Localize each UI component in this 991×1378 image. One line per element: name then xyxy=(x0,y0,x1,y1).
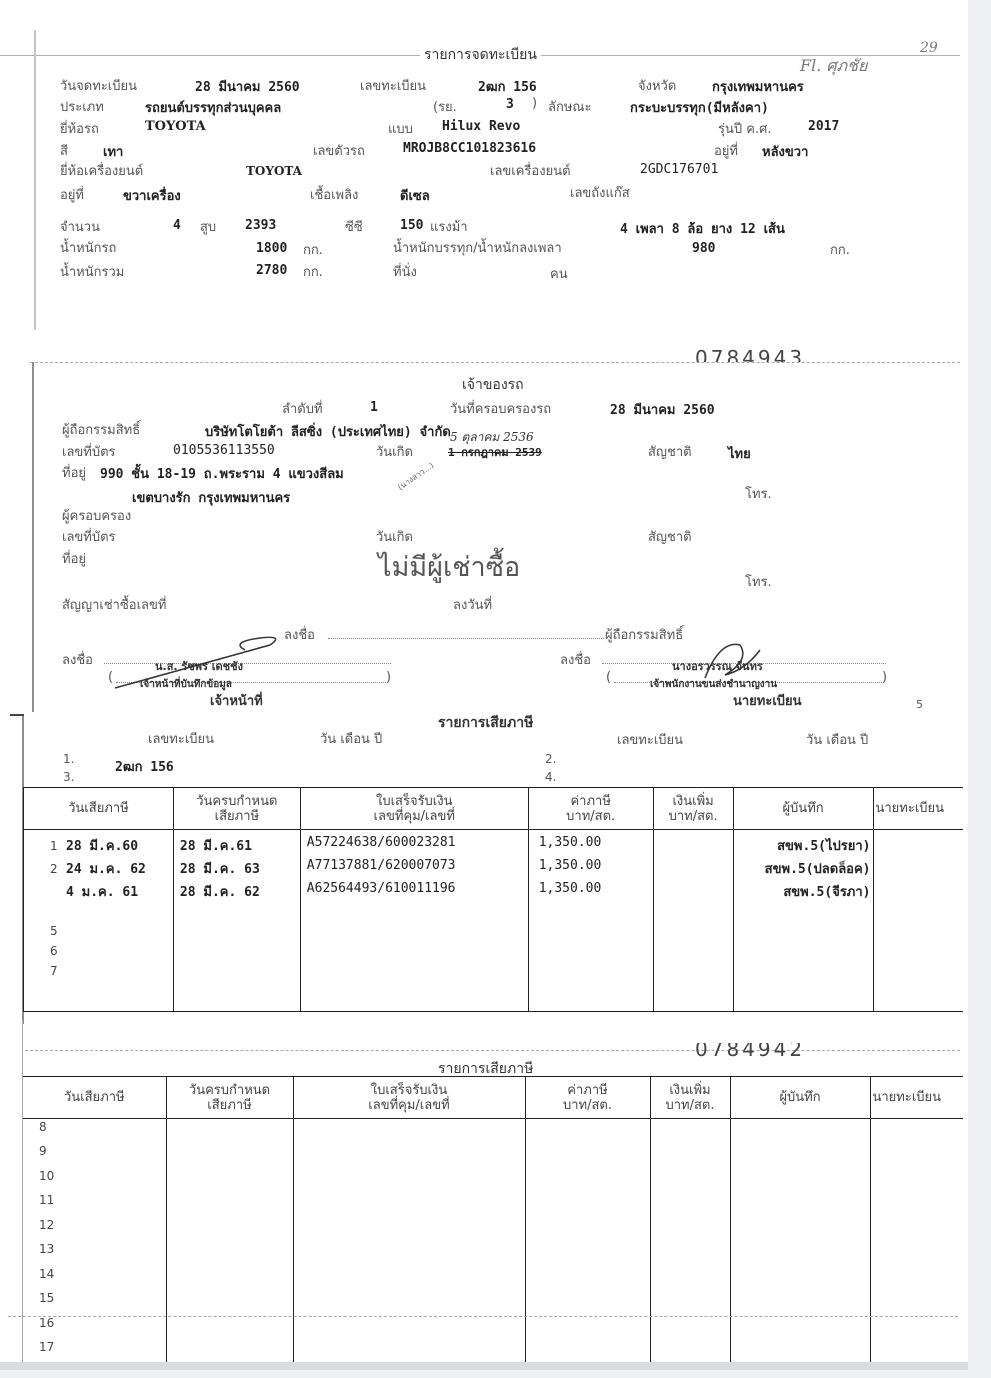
row-number: 9 xyxy=(24,1144,47,1158)
tax-table-row xyxy=(24,903,964,923)
tax-cell-paid: 4 ม.ค. 61 xyxy=(24,880,174,903)
owner-address-label: ที่อยู่ xyxy=(62,462,86,483)
owner-id-label: เลขที่บัตร xyxy=(62,441,116,462)
tax-2-empty-cell xyxy=(730,1266,870,1291)
color-label: สี xyxy=(60,140,68,161)
style-label: ลักษณะ xyxy=(548,96,591,117)
tax-date-header-right: วัน เดือน ปี xyxy=(806,729,868,750)
tax-2-empty-cell xyxy=(870,1315,963,1340)
engine-brand-value: TOYOTA xyxy=(246,164,302,178)
tax-2-empty-cell xyxy=(166,1266,293,1291)
tax-2-empty-cell xyxy=(730,1290,870,1315)
tax-2-empty-cell xyxy=(525,1266,650,1291)
brand-value: TOYOTA xyxy=(145,119,206,134)
tax-2-empty-cell xyxy=(525,1192,650,1217)
possessor-label: ผู้ครอบครอง xyxy=(62,505,131,526)
possessor-nationality-label: สัญชาติ xyxy=(648,526,692,547)
tax-2-row-number-cell: 8 xyxy=(23,1119,166,1144)
tax-table-2-row: 9 xyxy=(23,1143,963,1168)
plate-value: 2ฒก 156 xyxy=(478,76,537,97)
possessor-id-label: เลขที่บัตร xyxy=(62,526,116,547)
engine-brand-label: ยี่ห้อเครื่องยนต์ xyxy=(60,160,143,181)
header2-recorder: ผู้บันทึก xyxy=(730,1077,870,1119)
tax-cell-extra xyxy=(653,963,733,1011)
brand-label: ยี่ห้อรถ xyxy=(60,118,99,139)
tax-2-row-number-cell: 14 xyxy=(23,1266,166,1291)
tax-2-empty-cell xyxy=(166,1143,293,1168)
registrar-paren-open: ( xyxy=(606,670,611,685)
possessor-phone-label: โทร. xyxy=(745,571,772,592)
plate-row-1-number: 1. xyxy=(63,752,74,766)
tax-2-empty-cell xyxy=(293,1241,525,1266)
tax-2-empty-cell xyxy=(525,1119,650,1144)
officer-sign-label: ลงชื่อ xyxy=(62,649,93,670)
tax-2-empty-cell xyxy=(650,1315,730,1340)
tax-cell-receipt xyxy=(300,963,528,1011)
tax-2-row-number-cell: 16 xyxy=(23,1315,166,1340)
vehicle-weight-unit: กก. xyxy=(303,239,323,260)
tax-2-empty-cell xyxy=(525,1315,650,1340)
possessor-birth-label: วันเกิด xyxy=(376,526,413,547)
fuel-value: ดีเซล xyxy=(400,185,430,206)
tax-cell-due: 28 มี.ค.61 xyxy=(173,830,300,858)
row-number: 2 xyxy=(32,862,66,876)
tax-table-2-row: 16 xyxy=(23,1315,963,1340)
officer-paren-close: ) xyxy=(386,670,391,685)
chassis-location-value: หลังขวา xyxy=(762,141,808,162)
row-number: 13 xyxy=(24,1242,54,1256)
tax-2-empty-cell xyxy=(650,1119,730,1144)
tax-payment-table: วันเสียภาษี วันครบกำหนด เสียภาษี ใบเสร็จ… xyxy=(23,787,963,1012)
tax-cell-registrar xyxy=(873,903,963,923)
tax-2-empty-cell xyxy=(293,1315,525,1340)
tax-table-row: 7 xyxy=(24,963,964,1011)
header2-receipt: ใบเสร็จรับเงิน เลขที่คุม/เลขที่ xyxy=(293,1077,525,1119)
cylinders-unit: สูบ xyxy=(200,216,216,237)
class-close: ) xyxy=(532,96,537,111)
tax-cell-extra xyxy=(653,903,733,923)
tax-2-empty-cell xyxy=(650,1217,730,1242)
tax-2-empty-cell xyxy=(293,1266,525,1291)
tax-cell-paid: 5 xyxy=(24,923,174,943)
row-number: 7 xyxy=(32,964,66,978)
tax-cell-extra xyxy=(653,830,733,858)
tax-table-2-row: 17 xyxy=(23,1339,963,1364)
hire-purchase-contract-label: สัญญาเช่าซื้อเลขที่ xyxy=(62,594,166,615)
tax-2-empty-cell xyxy=(650,1143,730,1168)
tax-table-2-row: 8 xyxy=(23,1119,963,1144)
tax-cell-extra xyxy=(653,943,733,963)
tax-cell-registrar xyxy=(873,857,963,880)
tax-2-empty-cell xyxy=(293,1290,525,1315)
tax-cell-registrar xyxy=(873,880,963,903)
tax-2-empty-cell xyxy=(650,1168,730,1193)
tax-2-row-number-cell: 17 xyxy=(23,1339,166,1364)
tax-2-empty-cell xyxy=(730,1143,870,1168)
tax-cell-due xyxy=(173,943,300,963)
tax-2-row-number-cell: 9 xyxy=(23,1143,166,1168)
registrar-title: นายทะเบียน xyxy=(733,690,802,711)
tax-2-empty-cell xyxy=(730,1241,870,1266)
tax-cell-paid: 7 xyxy=(24,963,174,1011)
tax-2-empty-cell xyxy=(166,1241,293,1266)
left-border-tick xyxy=(10,714,24,716)
tax-2-empty-cell xyxy=(870,1192,963,1217)
tax-cell-tax: 1,350.00 xyxy=(528,857,653,880)
tax-2-empty-cell xyxy=(293,1217,525,1242)
tax-cell-registrar xyxy=(873,923,963,943)
tax-2-empty-cell xyxy=(870,1241,963,1266)
tax-cell-paid: 128 มี.ค.60 xyxy=(24,830,174,858)
header-tax-paid-date: วันเสียภาษี xyxy=(24,788,174,830)
tax-cell-paid xyxy=(24,903,174,923)
tax-2-row-number-cell: 11 xyxy=(23,1192,166,1217)
tax-cell-tax xyxy=(528,943,653,963)
document-title: รายการจดทะเบียน xyxy=(420,44,541,66)
tax-2-empty-cell xyxy=(166,1192,293,1217)
header-tax-amount: ค่าภาษี บาท/สต. xyxy=(528,788,653,830)
tax-cell-receipt xyxy=(300,903,528,923)
tax-payment-table-2: วันเสียภาษี วันครบกำหนด เสียภาษี ใบเสร็จ… xyxy=(23,1076,963,1364)
load-weight-unit: กก. xyxy=(830,239,850,260)
tax-cell-paid: 6 xyxy=(24,943,174,963)
row-number: 6 xyxy=(32,944,66,958)
province-value: กรุงเทพมหานคร xyxy=(712,76,804,97)
tax-cell-tax xyxy=(528,963,653,1011)
class-label: (รย. xyxy=(433,96,457,117)
plate-row-4-number: 4. xyxy=(545,770,556,784)
tax-table-2-row: 11 xyxy=(23,1192,963,1217)
tax-cell-tax xyxy=(528,923,653,943)
tax-cell-recorder: สขพ.5(ไปรยา) xyxy=(733,830,873,858)
owner-seq-value: 1 xyxy=(370,400,378,415)
header2-tax-paid-date: วันเสียภาษี xyxy=(23,1077,166,1119)
tax-2-empty-cell xyxy=(650,1266,730,1291)
tax-2-empty-cell xyxy=(525,1241,650,1266)
hire-purchase-date-label: ลงวันที่ xyxy=(453,594,492,615)
tax-2-row-number-cell: 15 xyxy=(23,1290,166,1315)
tax-cell-due xyxy=(173,963,300,1011)
type-label: ประเภท xyxy=(60,96,104,117)
tax-2-empty-cell xyxy=(870,1119,963,1144)
officer-title: เจ้าหน้าที่ xyxy=(210,690,263,711)
possession-date-value: 28 มีนาคม 2560 xyxy=(610,399,715,420)
tax-date-header-left: วัน เดือน ปี xyxy=(320,728,382,749)
tax-table-2-row: 13 xyxy=(23,1241,963,1266)
load-weight-label: น้ำหนักบรรทุก/น้ำหนักลงเพลา xyxy=(393,237,562,258)
cc-value: 2393 xyxy=(245,218,276,233)
tax-table-2-row: 14 xyxy=(23,1266,963,1291)
tax-2-empty-cell xyxy=(166,1290,293,1315)
tax-2-empty-cell xyxy=(166,1168,293,1193)
engine-number-label: เลขเครื่องยนต์ xyxy=(490,160,571,181)
tax-2-empty-cell xyxy=(650,1192,730,1217)
style-value: กระบะบรรทุก(มีหลังคา) xyxy=(630,97,769,118)
holder-sign-title: ผู้ถือกรรมสิทธิ์ xyxy=(605,624,683,645)
vehicle-weight-value: 1800 xyxy=(256,241,287,256)
chassis-location-label: อยู่ที่ xyxy=(714,140,738,161)
tax-2-empty-cell xyxy=(293,1168,525,1193)
tax-plate-header-left: เลขทะเบียน xyxy=(148,728,214,749)
tax-2-empty-cell xyxy=(870,1339,963,1364)
tax-2-empty-cell xyxy=(870,1143,963,1168)
tax-table-2-row: 10 xyxy=(23,1168,963,1193)
tax-cell-due: 28 มี.ค. 63 xyxy=(173,857,300,880)
tax-cell-due xyxy=(173,923,300,943)
tax-cell-tax: 1,350.00 xyxy=(528,880,653,903)
tax-2-empty-cell xyxy=(525,1168,650,1193)
owner-phone-label: โทร. xyxy=(745,483,772,504)
tax-cell-paid: 224 ม.ค. 62 xyxy=(24,857,174,880)
tax-2-empty-cell xyxy=(870,1168,963,1193)
left-margin-line xyxy=(34,30,36,330)
fuel-label: เชื้อเพลิง xyxy=(310,184,358,205)
perforation-line-1 xyxy=(30,362,960,363)
tax-cell-tax xyxy=(528,903,653,923)
tax-2-empty-cell xyxy=(525,1143,650,1168)
tax-cell-receipt: A62564493/610011196 xyxy=(300,880,528,903)
tax-cell-due xyxy=(173,903,300,923)
seats-unit: คน xyxy=(550,263,568,284)
margin-mark: 5 xyxy=(916,698,923,711)
tax-2-empty-cell xyxy=(870,1217,963,1242)
tax-cell-registrar xyxy=(873,963,963,1011)
seats-label: ที่นั่ง xyxy=(393,261,417,282)
row-number: 14 xyxy=(24,1267,54,1281)
bottom-edge xyxy=(0,1362,968,1370)
tax-2-empty-cell xyxy=(166,1339,293,1364)
handwritten-note-top: Fl. ศุภชัย xyxy=(800,54,867,79)
model-value: Hilux Revo xyxy=(442,119,520,134)
header2-due-date: วันครบกำหนด เสียภาษี xyxy=(166,1077,293,1119)
tax-cell-recorder xyxy=(733,923,873,943)
registration-document-page: รายการจดทะเบียน Fl. ศุภชัย 29 วันจดทะเบี… xyxy=(0,0,968,1370)
tax-2-empty-cell xyxy=(650,1339,730,1364)
handwritten-page-number: 29 xyxy=(920,40,938,56)
tax-2-empty-cell xyxy=(293,1143,525,1168)
tax-cell-recorder xyxy=(733,903,873,923)
row-number: 10 xyxy=(24,1169,54,1183)
tax-2-empty-cell xyxy=(525,1339,650,1364)
axles-wheels-value: 4 เพลา 8 ล้อ ยาง 12 เส้น xyxy=(620,218,785,239)
cc-unit: ซีซี xyxy=(345,216,363,237)
registrar-paren-close: ) xyxy=(882,670,887,685)
tax-section-title: รายการเสียภาษี xyxy=(438,712,533,734)
class-value: 3 xyxy=(506,97,514,112)
engine-location-value: ขวาเครื่อง xyxy=(123,185,181,206)
engine-number-value: 2GDC176701 xyxy=(640,162,718,177)
owner-birth-handwritten: 5 ตุลาคม 2536 xyxy=(450,428,534,447)
tax-cell-tax: 1,350.00 xyxy=(528,830,653,858)
gross-weight-label: น้ำหนักรวม xyxy=(60,261,124,282)
perforation-line-3 xyxy=(8,1316,958,1317)
tax-2-empty-cell xyxy=(166,1119,293,1144)
tax-2-empty-cell xyxy=(650,1241,730,1266)
tax-2-empty-cell xyxy=(166,1217,293,1242)
province-label: จังหวัด xyxy=(638,75,676,96)
viewer-scrollbar[interactable] xyxy=(968,0,991,1378)
perforation-line-2 xyxy=(25,1050,960,1051)
row-number: 12 xyxy=(24,1218,54,1232)
tax-2-empty-cell xyxy=(730,1119,870,1144)
row-number: 17 xyxy=(24,1340,54,1354)
row-number: 16 xyxy=(24,1316,54,1330)
possessor-address-label: ที่อยู่ xyxy=(62,548,86,569)
tax-2-empty-cell xyxy=(730,1192,870,1217)
vehicle-weight-label: น้ำหนักรถ xyxy=(60,237,116,258)
tax-cell-registrar xyxy=(873,943,963,963)
registrar-sign-label: ลงชื่อ xyxy=(560,649,591,670)
tax-table-row: 5 xyxy=(24,923,964,943)
tax-cell-extra xyxy=(653,857,733,880)
possession-date-label: วันที่ครอบครองรถ xyxy=(450,398,551,419)
owner-nationality-label: สัญชาติ xyxy=(648,441,692,462)
owner-section-title: เจ้าของรถ xyxy=(462,374,524,396)
tax-cell-registrar xyxy=(873,830,963,858)
cylinders-label: จำนวน xyxy=(60,216,100,237)
reg-date-value: 28 มีนาคม 2560 xyxy=(195,76,300,97)
horsepower-value: 150 xyxy=(400,218,423,233)
holder-label: ผู้ถือกรรมสิทธิ์ xyxy=(62,419,140,440)
tax-2-empty-cell xyxy=(730,1315,870,1340)
tax-cell-extra xyxy=(653,923,733,943)
tax-2-empty-cell xyxy=(870,1266,963,1291)
horsepower-unit: แรงม้า xyxy=(430,216,468,237)
tax-2-empty-cell xyxy=(525,1290,650,1315)
tax-cell-receipt: A77137881/620007073 xyxy=(300,857,528,880)
header-recorder: ผู้บันทึก xyxy=(733,788,873,830)
tax-2-row-number-cell: 13 xyxy=(23,1241,166,1266)
year-value: 2017 xyxy=(808,119,839,134)
official-stamp: (นางสาว...) xyxy=(395,459,437,494)
tax-2-empty-cell xyxy=(166,1315,293,1340)
tax-2-empty-cell xyxy=(730,1217,870,1242)
load-weight-value: 980 xyxy=(692,241,715,256)
tax-cell-due: 28 มี.ค. 62 xyxy=(173,880,300,903)
tax-cell-receipt: A57224638/600023281 xyxy=(300,830,528,858)
tax-2-empty-cell xyxy=(650,1290,730,1315)
tax-cell-recorder xyxy=(733,963,873,1011)
tax-2-empty-cell xyxy=(730,1168,870,1193)
header2-surcharge: เงินเพิ่ม บาท/สต. xyxy=(650,1077,730,1119)
tax-cell-extra xyxy=(653,880,733,903)
cylinders-value: 4 xyxy=(173,218,181,233)
owner-address-line2: เขตบางรัก กรุงเทพมหานคร xyxy=(132,487,290,508)
tax-2-row-number-cell: 10 xyxy=(23,1168,166,1193)
row-number: 15 xyxy=(24,1291,54,1305)
plate-label: เลขทะเบียน xyxy=(360,75,426,96)
engine-location-label: อยู่ที่ xyxy=(60,184,84,205)
plate-row-1-value: 2ฒก 156 xyxy=(115,756,174,777)
row-number: 5 xyxy=(32,924,66,938)
header-registrar: นายทะเบียน xyxy=(873,788,963,830)
form-serial-number-2: 0784942 xyxy=(695,1043,805,1058)
officer-signature-scribble xyxy=(110,630,290,690)
tax-table-row: 128 มี.ค.6028 มี.ค.61A57224638/600023281… xyxy=(24,830,964,858)
tax-2-empty-cell xyxy=(293,1119,525,1144)
color-value: เทา xyxy=(103,141,123,162)
form-serial-number-1: 0784943 xyxy=(695,346,805,362)
gross-weight-value: 2780 xyxy=(256,263,287,278)
tax-table-2-row: 15 xyxy=(23,1290,963,1315)
chassis-label: เลขตัวรถ xyxy=(313,140,365,161)
reg-date-label: วันจดทะเบียน xyxy=(60,75,137,96)
gross-weight-unit: กก. xyxy=(303,261,323,282)
owner-address-line1: 990 ชั้น 18-19 ถ.พระราม 4 แขวงสีลม xyxy=(100,463,344,484)
registrar-signature-scribble xyxy=(700,640,770,680)
tax-cell-recorder xyxy=(733,943,873,963)
owner-id-value: 0105536113550 xyxy=(173,443,275,458)
left-border-owner xyxy=(32,362,34,712)
tax-2-empty-cell xyxy=(293,1192,525,1217)
header2-registrar: นายทะเบียน xyxy=(870,1077,963,1119)
holder-value: บริษัทโตโยต้า ลีสซิ่ง (ประเทศไทย) จำกัด xyxy=(205,421,451,442)
handwritten-no-hire-purchase: ไม่มีผู้เช่าซื้อ xyxy=(378,545,520,588)
header-receipt: ใบเสร็จรับเงิน เลขที่คุม/เลขที่ xyxy=(300,788,528,830)
tax-2-empty-cell xyxy=(730,1339,870,1364)
tax-cell-receipt xyxy=(300,943,528,963)
owner-birth-label: วันเกิด xyxy=(376,441,413,462)
tax-table-2-row: 12 xyxy=(23,1217,963,1242)
gas-tank-label: เลขถังแก๊ส xyxy=(570,182,630,203)
type-value: รถยนต์บรรทุกส่วนบุคคล xyxy=(145,97,281,118)
tax-table-row: 4 ม.ค. 6128 มี.ค. 62A62564493/6100111961… xyxy=(24,880,964,903)
tax-cell-recorder: สขพ.5(ปลดล็อค) xyxy=(733,857,873,880)
plate-row-2-number: 2. xyxy=(545,752,556,766)
tax-cell-receipt xyxy=(300,923,528,943)
chassis-value: MROJB8CC101823616 xyxy=(403,141,536,156)
row-number: 1 xyxy=(32,839,66,853)
owner-seq-label: ลำดับที่ xyxy=(282,398,323,419)
tax-plate-header-right: เลขทะเบียน xyxy=(617,729,683,750)
header-surcharge: เงินเพิ่ม บาท/สต. xyxy=(653,788,733,830)
tax-table-row: 6 xyxy=(24,943,964,963)
holder-signature-line xyxy=(328,626,604,639)
tax-2-empty-cell xyxy=(293,1339,525,1364)
owner-nationality-value: ไทย xyxy=(728,443,751,464)
row-number: 8 xyxy=(24,1120,47,1134)
tax-cell-recorder: สขพ.5(จีรภา) xyxy=(733,880,873,903)
model-label: แบบ xyxy=(388,118,413,139)
header-due-date: วันครบกำหนด เสียภาษี xyxy=(173,788,300,830)
tax-2-empty-cell xyxy=(870,1290,963,1315)
year-label: รุ่นปี ค.ศ. xyxy=(718,118,771,139)
tax-2-empty-cell xyxy=(525,1217,650,1242)
row-number: 11 xyxy=(24,1193,54,1207)
header2-tax-amount: ค่าภาษี บาท/สต. xyxy=(525,1077,650,1119)
tax-2-row-number-cell: 12 xyxy=(23,1217,166,1242)
tax-table-row: 224 ม.ค. 6228 มี.ค. 63A77137881/62000707… xyxy=(24,857,964,880)
plate-row-3-number: 3. xyxy=(63,770,74,784)
